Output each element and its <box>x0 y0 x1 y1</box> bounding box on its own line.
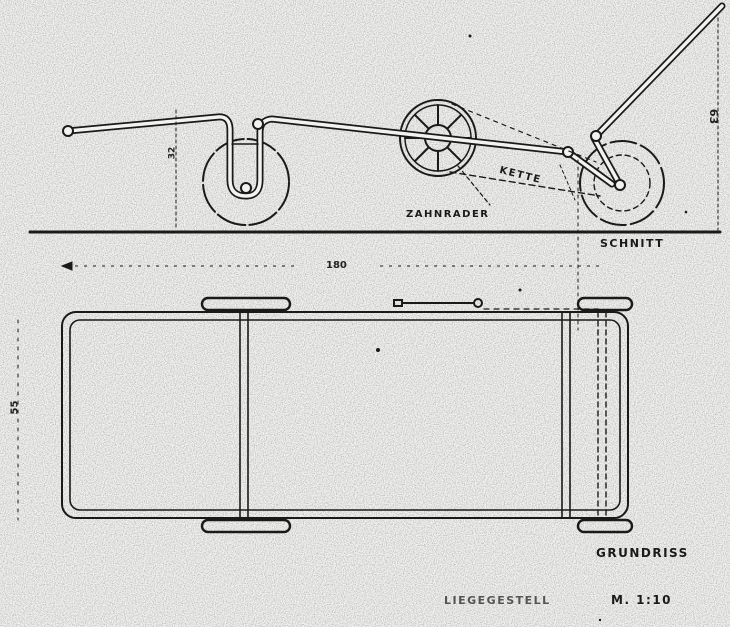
back-height-value: 63 <box>707 109 720 124</box>
plan-view-label: GRUNDRISS <box>596 546 689 560</box>
drawing-scale: M. 1:10 <box>611 593 672 607</box>
technical-drawing-sheet: ZAHNRADER KETTE SCHNITT GRUNDRISS LIEGEG… <box>0 0 730 627</box>
drawing-linework <box>0 0 730 627</box>
drawing-title: LIEGEGESTELL <box>444 594 551 607</box>
gears-label: ZAHNRADER <box>406 209 490 220</box>
width-dimension-value: 55 <box>9 401 20 415</box>
length-dimension-value: 180 <box>326 260 347 271</box>
front-height-value: 32 <box>167 147 177 160</box>
section-view-label: SCHNITT <box>600 237 664 250</box>
